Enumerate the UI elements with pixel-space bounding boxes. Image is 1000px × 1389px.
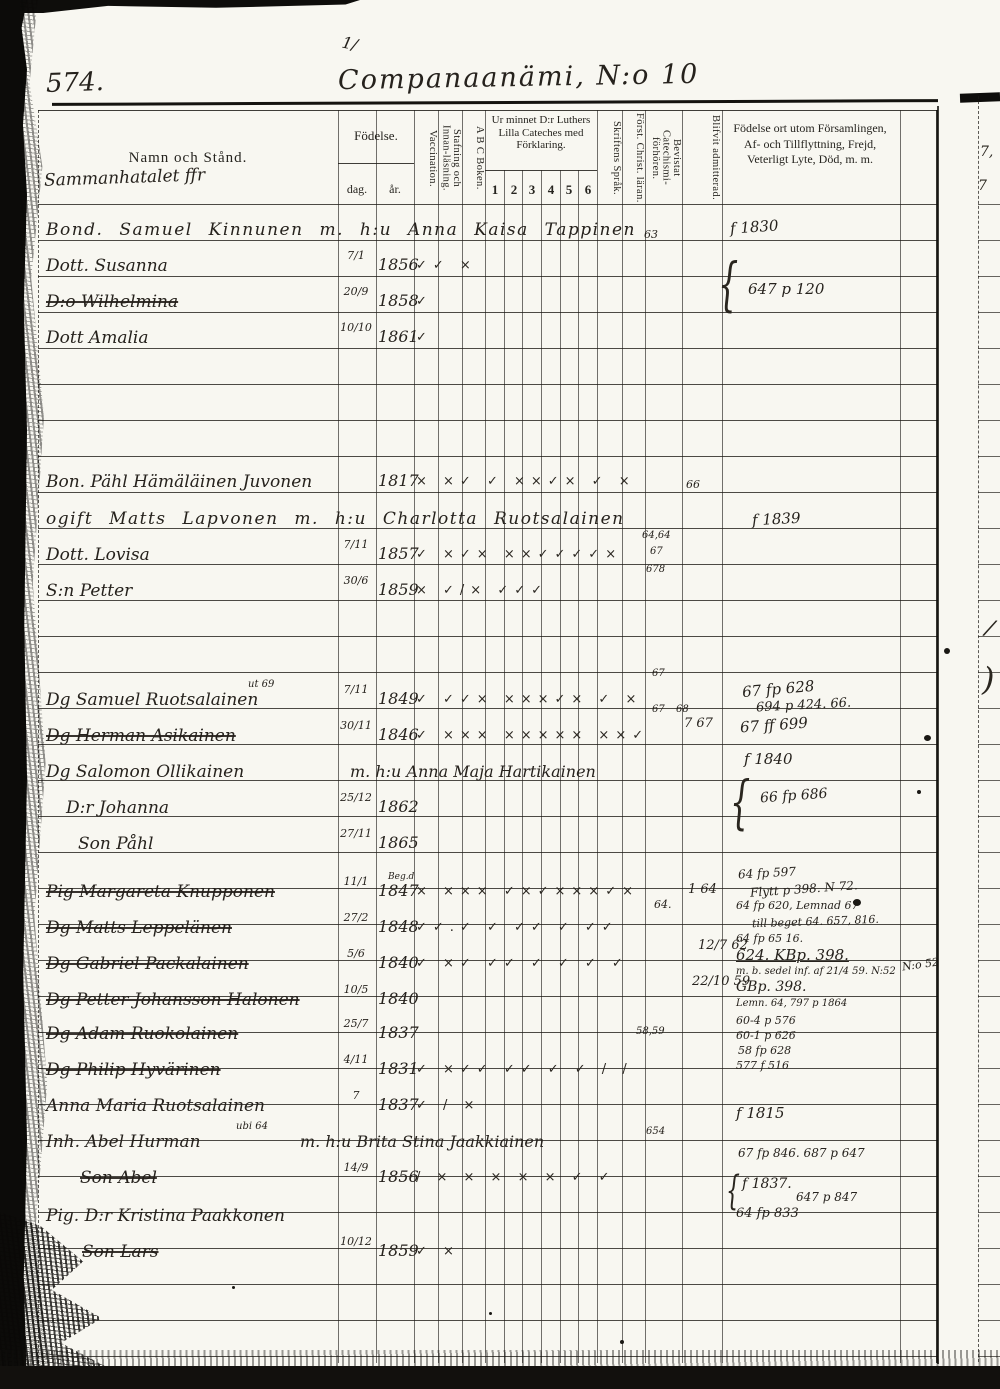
margin-note: f 1837. [742,1176,792,1192]
person-name: Son Abel [80,1168,157,1188]
birth-year: 1817 [378,471,419,490]
margin-note: f 1839 [752,509,801,530]
col-header-spelling: Stafning och Innan-läsning. [439,113,461,203]
margin-note: 58 fp 628 [738,1044,791,1057]
birth-year: 1849 [378,689,419,708]
attendance-mark: 66 [686,478,700,491]
margin-note: 647 p 120 [748,280,824,298]
ink-speck [924,735,931,741]
margin-note: 64 fp 65 16. [736,932,803,945]
person-name: Dg Adam Ruokolainen [46,1024,238,1044]
admission-mark: 7 67 [684,716,713,731]
catechism-col-3: 3 [523,182,541,198]
catechism-col-1: 1 [486,182,504,198]
birth-day: 27/11 [336,827,376,840]
sliver-pen-mark: ) [982,660,994,698]
ink-speck [944,648,950,654]
name-annotation: ubi 64 [236,1121,268,1132]
record-row: Son Lars 10/12 1859 ✓ × [38,1240,938,1274]
birth-year: 1859 [378,580,419,599]
person-name: Dg Philip Hyvärinen [46,1060,221,1080]
scan-edge-bottom [0,1366,1000,1389]
birth-day: 30/6 [336,574,376,587]
ability-marks: ✓ [416,330,433,345]
person-name: Dg Samuel Ruotsalainen [46,690,258,710]
margin-note: 64 fp 620, Lemnad 67 [736,899,859,912]
margin-note: m. b. sedel inf. af 21/4 59. N:52 [736,966,896,977]
birth-year: 1858 [378,291,419,310]
birth-year: 1862 [378,797,419,816]
catechism-col-2: 2 [505,182,523,198]
margin-note: 67 fp 846. 687 p 647 [738,1146,865,1160]
ability-marks: × ✓/× ✓✓✓ [416,583,548,598]
ability-marks: ✓ [416,294,433,309]
margin-note: 647 p 847 [796,1190,857,1204]
birth-day: 25/12 [336,791,376,804]
attendance-mark: 678 [646,564,665,575]
birth-year: 1856 [378,1167,419,1186]
birth-day: 11/1 [336,875,376,888]
adjacent-page-top-border [960,92,1000,102]
spouse-name: m. h:u Brita Stina Jaakkiainen [300,1132,544,1151]
birth-year: 1857 [378,544,419,563]
margin-note: f 1815 [736,1104,785,1122]
col-header-birth: Födelse. [338,128,414,144]
person-name: Dg Petter Johansson Halonen [46,990,300,1010]
person-name: Pig. D:r Kristina Paakkonen [46,1206,285,1226]
birth-year: 1840 [378,953,419,972]
page-fold-line [937,106,939,1364]
birth-day: 7 [336,1089,376,1102]
ability-marks: ✓ ×✓✓ ✓✓ ✓ ✓ / / [416,1062,633,1077]
record-row: Anna Maria Ruotsalainen 7 1837 ✓ / × [38,1094,938,1128]
ability-marks: ✓✓.✓ ✓ ✓✓ ✓ ✓✓ [416,920,619,935]
record-row: S:n Petter 30/6 1859 × ✓/× ✓✓✓ [38,579,938,613]
sliver-pen-mark: 7, [980,144,993,160]
ink-speck [232,1286,235,1289]
ability-marks: × ×✓ ✓ ××✓× ✓ × [416,474,636,489]
spouse-name: m. h:u Anna Maja Hartikainen [350,762,596,781]
birth-day: 27/2 [336,911,376,924]
person-name: S:n Petter [46,581,132,601]
ability-marks: ✓ ××× ××××× ××✓ [416,728,649,743]
margin-note: f 1830 [729,216,779,237]
record-row: Dg Philip Hyvärinen 4/11 1831 ✓ ×✓✓ ✓✓ ✓… [38,1058,938,1092]
col-header-catechism: Ur minnet D:r Luthers Lilla Cateches med… [487,114,595,152]
birth-year: 1831 [378,1059,419,1078]
birth-year: 1837 [378,1023,419,1042]
birth-day: 20/9 [336,285,376,298]
record-row: Bond. Samuel Kinnunen m. h:u Anna Kaisa … [38,218,938,252]
person-name: ogift Matts Lapvonen m. h:u Charlotta Ru… [46,509,625,529]
col-header-christianity: Först. Christ. läran. [623,113,644,203]
record-row: Dott Amalia 10/10 1861 ✓ [38,326,938,360]
adjacent-page-ruled-lines [978,169,1000,1359]
birth-day: 10/12 [336,1235,376,1248]
name-annotation: ut 69 [248,679,274,690]
birth-day: 10/5 [336,983,376,996]
record-row: Bon. Pähl Hämäläinen Juvonen 1817 × ×✓ ✓… [38,470,938,504]
page-title-handwritten: Companaanämi, N:o 10 [338,59,700,96]
col-header-attended: Bevistat Catechismi-förhören. [647,113,681,203]
birth-year: 1840 [378,989,419,1008]
person-name: Dott Amalia [46,328,148,348]
person-name: Dott. Susanna [46,256,168,276]
col-header-vaccination: Vaccination. [415,113,437,203]
catechism-col-4: 4 [542,182,560,198]
person-name: Dott. Lovisa [46,545,150,565]
col-header-name: Namn och Stånd. [38,150,338,167]
attendance-mark: 67 [652,668,665,679]
record-row: Son Påhl 27/11 1865 [38,832,938,866]
col-header-birth-year: år. [376,182,414,197]
ability-marks: ✓ / × [416,1098,480,1113]
margin-note: GBp. 398. [736,979,807,995]
record-row: Dg Adam Ruokolainen 25/7 1837 [38,1022,938,1056]
person-name: Bond. Samuel Kinnunen m. h:u Anna Kaisa … [46,220,636,240]
ink-speck [917,790,921,794]
margin-note: 60-4 p 576 [736,1014,796,1027]
birth-day: 10/10 [336,321,376,334]
person-name: Dg Matts Leppelänen [46,918,232,938]
attendance-mark: 58,59 [636,1026,665,1037]
birth-year: 1848 [378,917,419,936]
admission-mark: 1 64 [688,882,717,897]
birth-day: 25/7 [336,1017,376,1030]
margin-note: 64 fp 833 [736,1206,799,1221]
person-name: D:o Wilhelmina [46,292,178,312]
birth-day: 7/11 [336,538,376,551]
attendance-mark: 63 [644,228,658,241]
person-name: Son Påhl [78,834,153,854]
col-header-admitted: Blifvit admitterad. [684,113,720,203]
sliver-pen-mark: 7 [978,178,987,194]
ability-marks: / × × × × × ✓ ✓ [416,1170,616,1185]
birth-year: 1847 [378,881,419,900]
col-header-writing: Skriftens Språk. [599,113,621,203]
record-row: Pig. D:r Kristina Paakkonen [38,1204,938,1238]
birth-day: 14/9 [336,1161,376,1174]
record-row: ogift Matts Lapvonen m. h:u Charlotta Ru… [38,507,938,541]
ability-marks: ✓ ✓✓× ×××✓× ✓ × [416,692,642,707]
birth-annotation: Beg.d [388,872,414,882]
birth-year: 1846 [378,725,419,744]
birth-year: 1856 [378,255,419,274]
person-name: Dg Herman Asikainen [46,726,236,746]
birth-day: 7/1 [336,249,376,262]
birth-day: 4/11 [336,1053,376,1066]
birth-year: 1837 [378,1095,419,1114]
attendance-mark: 67 [652,704,665,715]
person-name: Inh. Abel Hurman [46,1132,201,1152]
attendance-mark: 67 [650,546,663,557]
person-name: Dg Salomon Ollikainen [46,762,244,782]
birth-year: 1861 [378,327,419,346]
col-header-notes: Födelse ort utom Församlingen, Af- och T… [724,121,896,168]
ability-marks: ✓ × [416,1244,460,1259]
attendance-mark: 654 [646,1126,665,1137]
catechism-col-5: 5 [560,182,578,198]
page-number: 574. [45,67,104,99]
ability-marks: ✓ ×✓× ××✓✓✓✓× [416,547,622,562]
stray-pen-mark: 1/ [340,33,359,55]
attendance-mark: 64,64 [642,530,671,541]
ink-speck [489,1312,492,1315]
col-header-abc: A B C Boken. [463,113,484,203]
ability-marks: × ××× ✓×✓×××✓× [416,884,639,899]
ability-marks: ✓✓ × [416,258,477,273]
brace-mark: { [718,250,738,318]
person-name: D:r Johanna [66,798,169,818]
person-name: Dg Gabriel Packalainen [46,954,249,974]
record-row: Dott. Lovisa 7/11 1857 ✓ ×✓× ××✓✓✓✓× [38,543,938,577]
attendance-mark: 64. [654,898,672,911]
birth-day: 30/11 [336,719,376,732]
margin-note: 60-1 p 626 [736,1029,796,1042]
person-name: Bon. Pähl Hämäläinen Juvonen [46,472,312,492]
ink-speck [853,899,861,906]
margin-note: 577 f 516 [736,1059,789,1072]
margin-note: f 1840 [744,750,793,768]
person-name: Anna Maria Ruotsalainen [46,1096,265,1116]
table-top-border [38,110,938,111]
attendance-mark: 68 [676,704,689,715]
birth-day: 5/6 [336,947,376,960]
brace-mark: { [730,768,750,836]
col-header-birth-day: dag. [338,182,376,197]
person-name: Pig Margareta Knupponen [46,882,275,902]
ink-speck [620,1340,624,1344]
birth-year: 1865 [378,833,419,852]
ability-marks: ✓ ×✓ ✓✓ ✓ ✓ ✓ ✓ [416,956,629,971]
birth-day: 7/11 [336,683,376,696]
birth-year: 1859 [378,1241,419,1260]
margin-note: 624. KBp. 398. [736,946,849,964]
margin-note: Lemn. 64, 797 p 1864 [736,998,847,1009]
catechism-col-6: 6 [579,182,597,198]
person-name: Son Lars [82,1242,159,1262]
